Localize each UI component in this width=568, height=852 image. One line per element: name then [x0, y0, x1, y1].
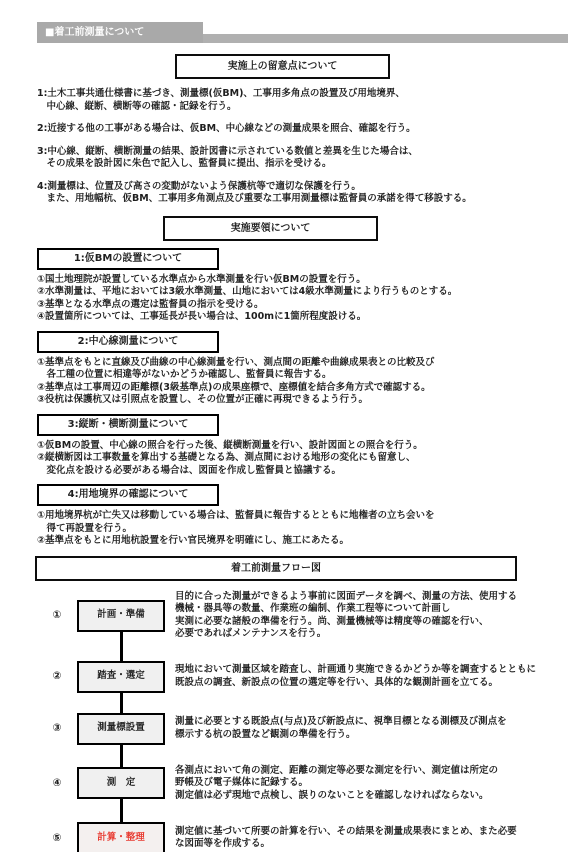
page-title: ■着工前測量について	[45, 27, 144, 38]
page-title-bar: ■着工前測量について	[37, 22, 203, 43]
flow-step: ⑤ 計算・整理 測定値に基づいて所要の計算を行い、その結果を測量成果表にまとめ、…	[37, 822, 550, 852]
flow-diagram: ① 計画・準備 目的に合った測量ができるよう事前に図面データを調べ、測量の方法、…	[37, 591, 550, 852]
flow-step-number: ①	[37, 609, 77, 622]
subsection-body: ①国土地理院が設置している水準点から水準測量を行い仮BMの設置を行う。 ②水準測…	[37, 274, 568, 324]
subsection-header: 1:仮BMの設置について	[37, 248, 219, 270]
flow-step-box: 踏査・選定	[77, 661, 165, 693]
flow-step-number: ④	[37, 777, 77, 790]
flow-step-description: 目的に合った測量ができるよう事前に図面データを調べ、測量の方法、使用する 機械・…	[175, 591, 550, 641]
flow-step-description: 測量に必要とする既設点(与点)及び新設点に、視準目標となる測標及び測点を 標示す…	[175, 716, 550, 741]
flow-step-label: 測量標設置	[97, 722, 145, 735]
subsection-centerline: 2:中心線測量について ①基準点をもとに直線及び曲線の中心線測量を行い、測点間の…	[37, 331, 568, 407]
flow-step-box: 計算・整理	[77, 822, 165, 852]
flow-step-description: 測定値に基づいて所要の計算を行い、その結果を測量成果表にまとめ、また必要 な図面…	[175, 826, 550, 851]
flow-step-label: 計画・準備	[97, 609, 145, 622]
subsection-header: 2:中心線測量について	[37, 331, 219, 353]
flow-step: ① 計画・準備 目的に合った測量ができるよう事前に図面データを調べ、測量の方法、…	[37, 591, 550, 641]
procedure-title-box: 実施要領について	[163, 216, 378, 241]
flow-step-number: ②	[37, 670, 77, 683]
flow-title-box: 着工前測量フロー図	[35, 556, 517, 581]
document-page: ■着工前測量について 実施上の留意点について 1:土木工事共通仕様書に基づき、測…	[0, 0, 568, 852]
flow-step-box: 測 定	[77, 767, 165, 799]
page-header: ■着工前測量について	[0, 0, 568, 43]
subsection-body: ①基準点をもとに直線及び曲線の中心線測量を行い、測点間の距離や曲線成果表との比較…	[37, 357, 568, 407]
flow-step-box: 計画・準備	[77, 600, 165, 632]
note-paragraph: 1:土木工事共通仕様書に基づき、測量標(仮BM)、工事用多角点の設置及び用地境界…	[37, 88, 540, 113]
header-strip	[203, 34, 568, 43]
flow-step-label: 踏査・選定	[97, 670, 145, 683]
note-paragraph: 3:中心線、縦断、横断測量の結果、設計図書に示されている数値と差異を生じた場合は…	[37, 146, 540, 171]
flow-step: ④ 測 定 各測点において角の測定、距離の測定等必要な測定を行い、測定値は所定の…	[37, 765, 550, 803]
note-paragraph: 2:近接する他の工事がある場合は、仮BM、中心線などの測量成果を照合、確認を行う…	[37, 123, 540, 136]
advice-title-box: 実施上の留意点について	[175, 54, 390, 79]
subsection-body: ①用地境界杭が亡失又は移動している場合は、監督員に報告するとともに地権者の立ち会…	[37, 510, 568, 548]
subsection-header: 4:用地境界の確認について	[37, 484, 219, 506]
subsection-boundary: 4:用地境界の確認について ①用地境界杭が亡失又は移動している場合は、監督員に報…	[37, 484, 568, 548]
flow-step-number: ⑤	[37, 832, 77, 845]
flow-step-label: 計算・整理	[97, 832, 145, 845]
subsection-profile: 3:縦断・横断測量について ①仮BMの設置、中心線の照合を行った後、縦横断測量を…	[37, 414, 568, 478]
subsection-header: 3:縦断・横断測量について	[37, 414, 219, 436]
subsection-body: ①仮BMの設置、中心線の照合を行った後、縦横断測量を行い、設計図面との照合を行う…	[37, 440, 568, 478]
flow-step: ② 踏査・選定 現地において測量区域を踏査し、計画通り実施できるかどうか等を調査…	[37, 661, 550, 693]
flow-step-label: 測 定	[107, 777, 136, 790]
flow-step-number: ③	[37, 722, 77, 735]
advice-notes: 1:土木工事共通仕様書に基づき、測量標(仮BM)、工事用多角点の設置及び用地境界…	[37, 88, 540, 206]
flow-step-description: 現地において測量区域を踏査し、計画通り実施できるかどうか等を調査するとともに 既…	[175, 664, 550, 689]
subsection-bm: 1:仮BMの設置について ①国土地理院が設置している水準点から水準測量を行い仮B…	[37, 248, 568, 324]
flow-step-box: 測量標設置	[77, 713, 165, 745]
flow-step: ③ 測量標設置 測量に必要とする既設点(与点)及び新設点に、視準目標となる測標及…	[37, 713, 550, 745]
note-paragraph: 4:測量標は、位置及び高さの変動がないよう保護杭等で適切な保護を行う。 また、用…	[37, 181, 540, 206]
flow-step-description: 各測点において角の測定、距離の測定等必要な測定を行い、測定値は所定の 野帳及び電…	[175, 765, 550, 803]
